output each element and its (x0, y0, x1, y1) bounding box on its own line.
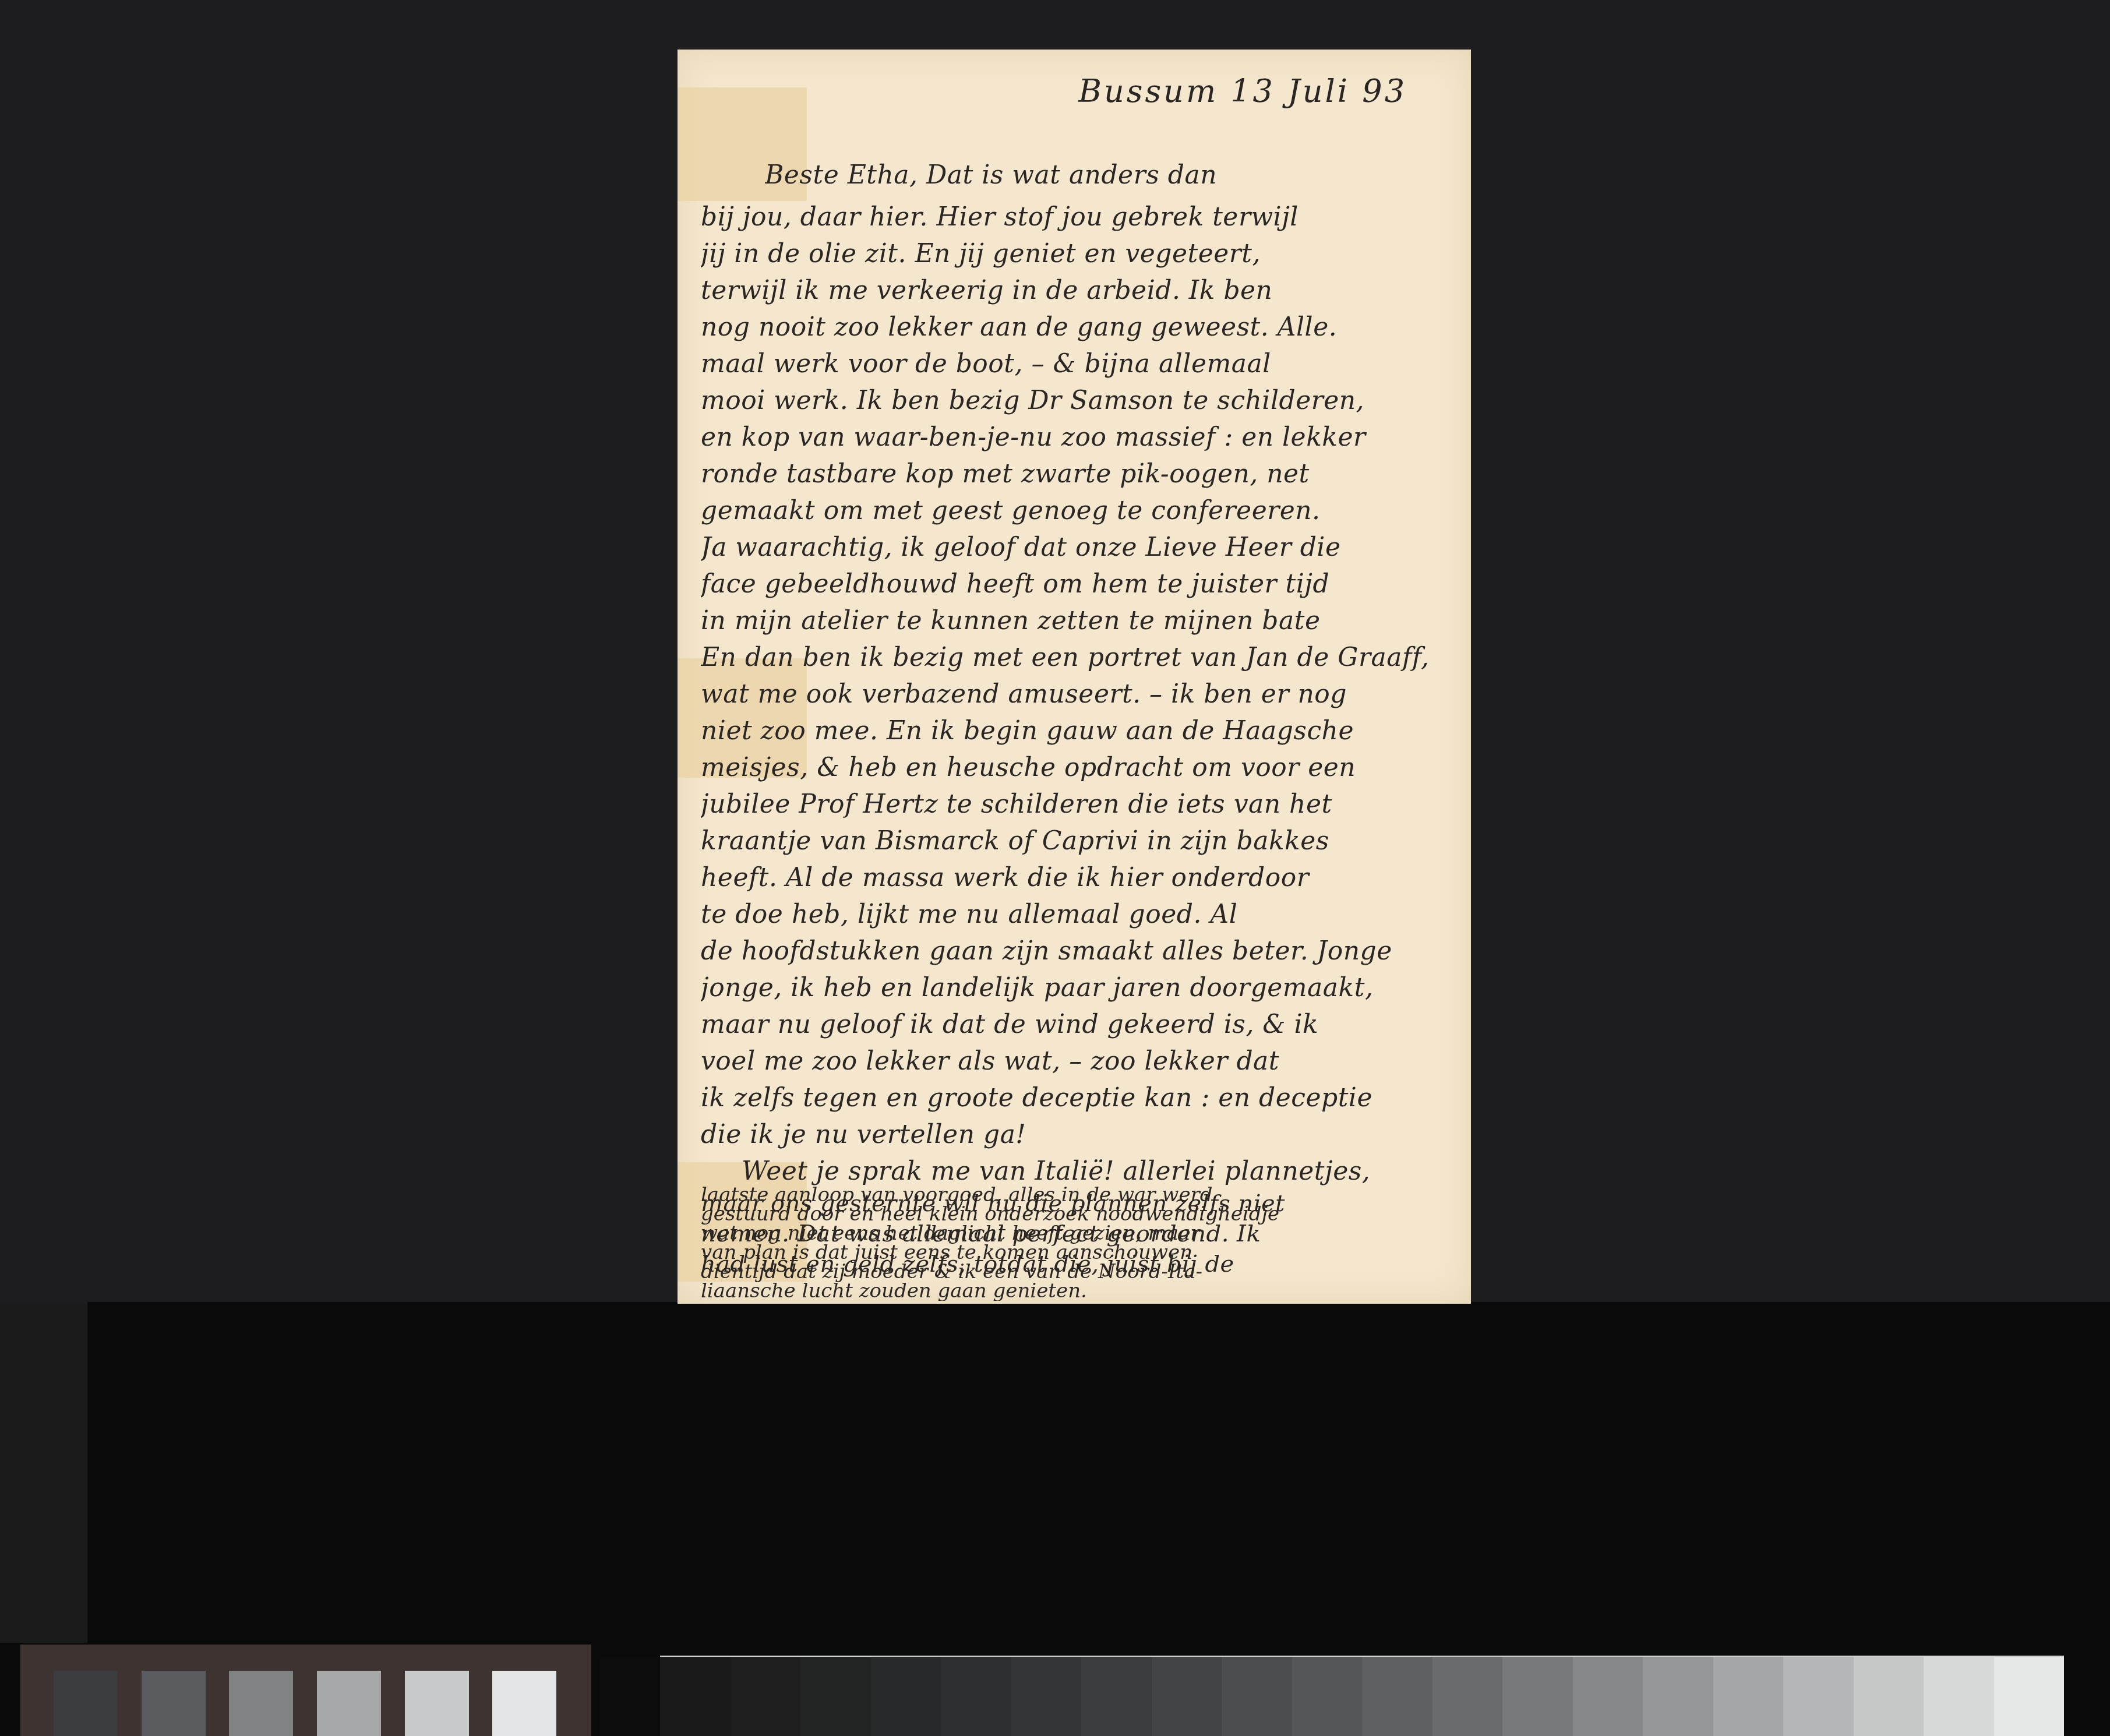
text-line: heeft. Al de massa werk die ik hier onde… (701, 863, 1452, 892)
wedge-step-19 (1924, 1657, 1994, 1736)
gray-scale-card (20, 1645, 591, 1736)
gray-patch-3 (229, 1671, 293, 1736)
wedge-step-9 (1222, 1657, 1292, 1736)
gray-patch-6 (492, 1671, 556, 1736)
text-line: gemaakt om met geest genoeg te confereer… (701, 496, 1452, 525)
text-line: die ik je nu vertellen ga! (701, 1120, 1452, 1149)
gray-patch-5 (405, 1671, 469, 1736)
text-line: in mijn atelier te kunnen zetten te mijn… (701, 606, 1452, 636)
wedge-step-6 (1011, 1657, 1082, 1736)
text-line: maal werk voor de boot, – & bijna allema… (701, 349, 1452, 379)
handwritten-text: Bussum 13 Juli 93 Beste Etha, Dat is wat… (678, 50, 1471, 1304)
paragraph-start-line: Weet je sprak me van Italië! allerlei pl… (742, 1156, 1493, 1186)
wedge-step-17 (1783, 1657, 1854, 1736)
wedge-step-15 (1643, 1657, 1713, 1736)
wedge-step-13 (1502, 1657, 1573, 1736)
wedge-step-5 (941, 1657, 1011, 1736)
text-line: ik zelfs tegen en groote deceptie kan : … (701, 1083, 1452, 1113)
text-line: voel me zoo lekker als wat, – zoo lekker… (701, 1046, 1452, 1076)
wedge-step-20 (1994, 1657, 2065, 1736)
text-line: jonge, ik heb en landelijk paar jaren do… (701, 973, 1452, 1003)
text-line: mooi werk. Ik ben bezig Dr Samson te sch… (701, 386, 1452, 415)
text-line: jij in de olie zit. En jij geniet en veg… (701, 239, 1452, 269)
letter-page: Bussum 13 Juli 93 Beste Etha, Dat is wat… (678, 50, 1471, 1304)
text-line: meisjes, & heb en heusche opdracht om vo… (701, 753, 1452, 782)
text-line: Ja waarachtig, ik geloof dat onze Lieve … (701, 532, 1452, 562)
text-line: nog nooit zoo lekker aan de gang geweest… (701, 312, 1452, 342)
wedge-step-18 (1854, 1657, 1924, 1736)
wedge-gap (600, 1657, 658, 1736)
wedge-step-14 (1573, 1657, 1643, 1736)
text-line: jubilee Prof Hertz te schilderen die iet… (701, 789, 1452, 819)
wedge-step-8 (1152, 1657, 1222, 1736)
letter-dateline: Bussum 13 Juli 93 (1078, 73, 1407, 110)
text-line: bij jou, daar hier. Hier stof jou gebrek… (701, 202, 1452, 232)
gray-patch-1 (54, 1671, 118, 1736)
wedge-step-3 (800, 1657, 871, 1736)
text-line: kraantje van Bismarck of Caprivi in zijn… (701, 826, 1452, 856)
text-line: en kop van waar-ben-je-nu zoo massief : … (701, 422, 1452, 452)
wedge-step-7 (1081, 1657, 1152, 1736)
black-mount (87, 1302, 2110, 1652)
gray-step-wedge (660, 1656, 2064, 1736)
wedge-step-12 (1432, 1657, 1503, 1736)
wedge-step-11 (1362, 1657, 1432, 1736)
text-line: ronde tastbare kop met zwarte pik-oogen,… (701, 459, 1452, 489)
text-line: terwijl ik me verkeerig in de arbeid. Ik… (701, 276, 1452, 305)
wedge-step-2 (731, 1657, 801, 1736)
text-line: wat me ook verbazend amuseert. – ik ben … (701, 679, 1452, 709)
handwritten-text-tail: laatste aanloop van voorgoed, alles in d… (701, 1185, 1452, 1301)
text-line: niet zoo mee. En ik begin gauw aan de Ha… (701, 716, 1452, 746)
wedge-step-16 (1713, 1657, 1784, 1736)
wedge-step-1 (660, 1657, 731, 1736)
salutation-line: Beste Etha, Dat is wat anders dan (765, 160, 1516, 190)
text-line: liaansche lucht zouden gaan genieten. (701, 1282, 1452, 1301)
text-line: te doe heb, lijkt me nu allemaal goed. A… (701, 899, 1452, 929)
wedge-step-4 (871, 1657, 941, 1736)
wedge-step-10 (1292, 1657, 1363, 1736)
text-line: maar nu geloof ik dat de wind gekeerd is… (701, 1010, 1452, 1039)
text-line: face gebeeldhouwd heeft om hem te juiste… (701, 569, 1452, 599)
gray-patch-2 (142, 1671, 206, 1736)
text-line: de hoofdstukken gaan zijn smaakt alles b… (701, 936, 1452, 966)
gray-patch-4 (317, 1671, 381, 1736)
text-line: En dan ben ik bezig met een portret van … (701, 643, 1452, 672)
